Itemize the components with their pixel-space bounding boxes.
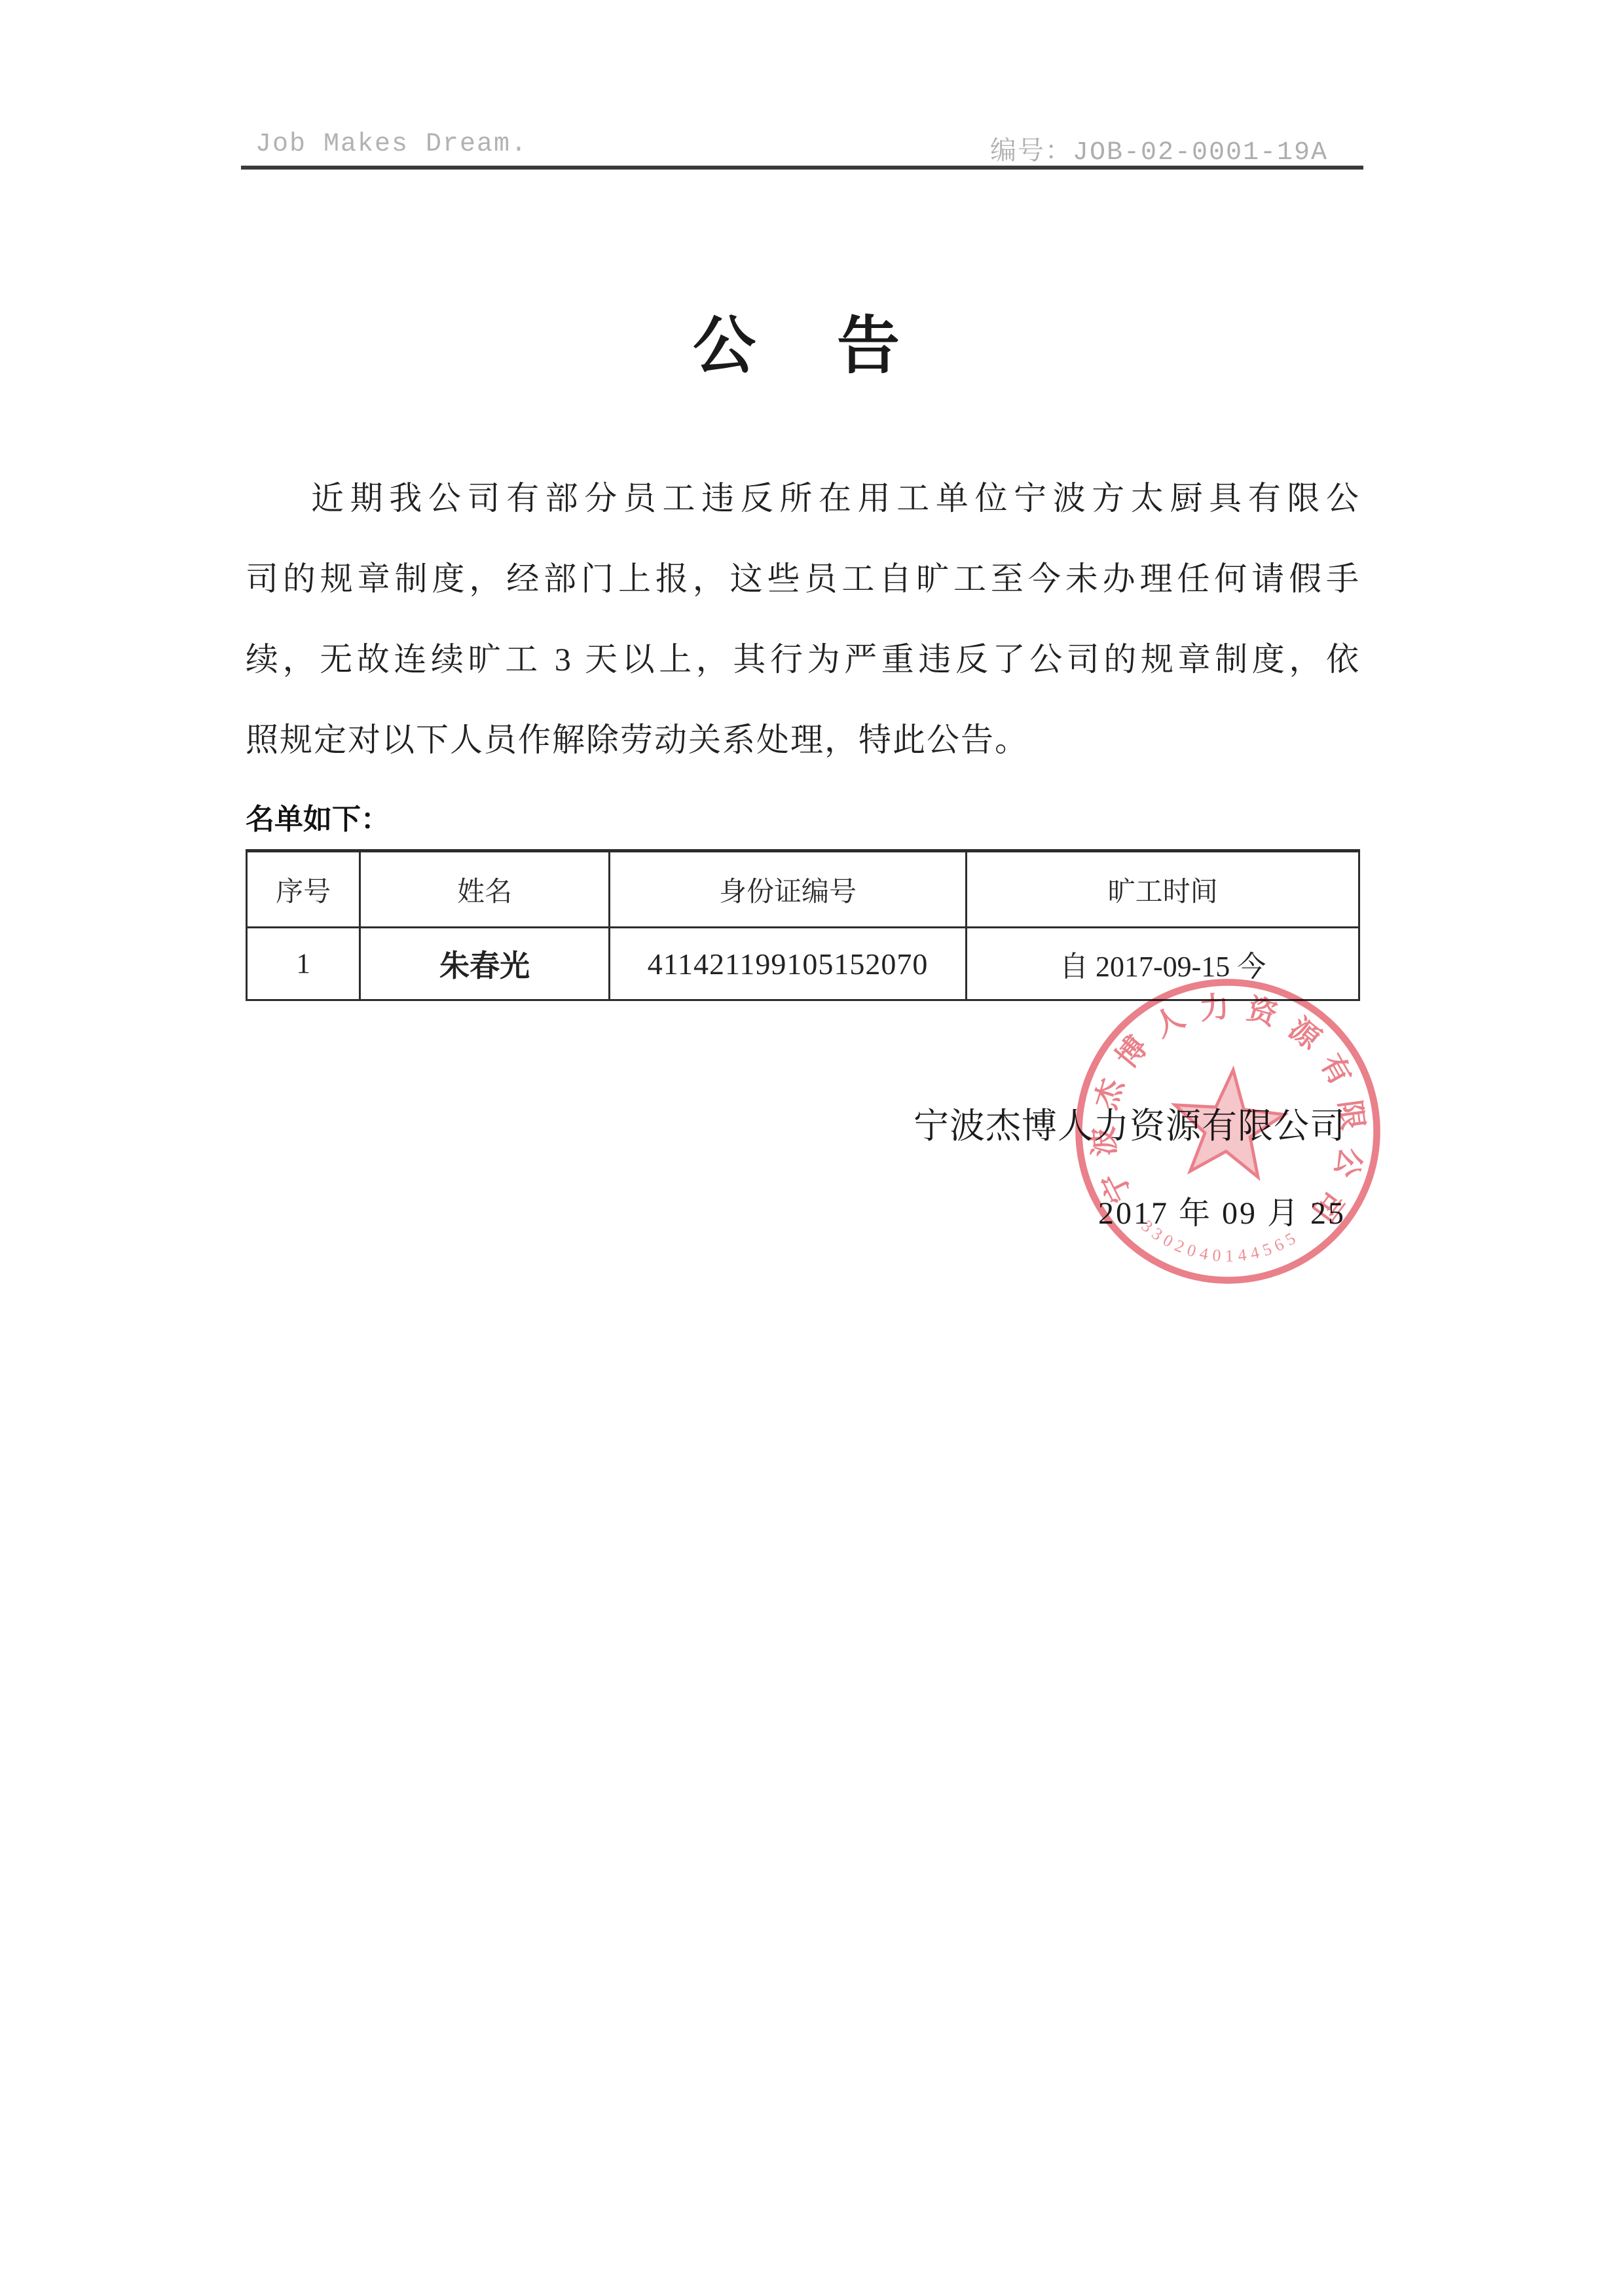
body-line: 司的规章制度，经部门上报，这些员工自旷工至今未办理任何请假手	[246, 539, 1360, 619]
header-doc-number: 编号：JOB-02-0001-19A	[990, 130, 1328, 168]
header-slogan: Job Makes Dream.	[255, 130, 528, 159]
body-paragraph: 近期我公司有部分员工违反所在用工单位宁波方太厨具有限公 司的规章制度，经部门上报…	[246, 458, 1360, 780]
table-row: 1 朱春光 411421199105152070 自 2017-09-15 今	[247, 928, 1359, 1000]
page-title: 公 告	[0, 296, 1598, 386]
header-cell-absence-period: 旷工时间	[967, 851, 1359, 928]
table-header-row: 序号 姓名 身份证编号 旷工时间	[247, 851, 1359, 928]
cell-absence-period: 自 2017-09-15 今	[967, 928, 1359, 1000]
cell-id-number: 411421199105152070	[609, 928, 966, 1000]
header-rule	[241, 166, 1363, 170]
document-page: Job Makes Dream. 编号：JOB-02-0001-19A 公 告 …	[0, 0, 1624, 2296]
employee-table: 序号 姓名 身份证编号 旷工时间 1 朱春光 41142119910515207…	[246, 849, 1360, 1001]
list-label: 名单如下：	[246, 795, 390, 837]
header-cell-index: 序号	[247, 851, 360, 928]
signature-block: 宁波杰博人力资源有限公司 2017 年 09 月 25	[913, 1106, 1346, 1232]
body-line: 续，无故连续旷工 3 天以上，其行为严重违反了公司的规章制度，依	[246, 619, 1360, 700]
cell-index: 1	[247, 928, 360, 1000]
signature-company: 宁波杰博人力资源有限公司	[913, 1106, 1346, 1146]
header-cell-name: 姓名	[360, 851, 610, 928]
body-line: 近期我公司有部分员工违反所在用工单位宁波方太厨具有限公	[246, 458, 1360, 539]
cell-name: 朱春光	[360, 928, 610, 1000]
header-cell-id-number: 身份证编号	[609, 851, 966, 928]
signature-date: 2017 年 09 月 25	[913, 1195, 1346, 1232]
body-line: 照规定对以下人员作解除劳动关系处理，特此公告。	[246, 700, 1360, 780]
